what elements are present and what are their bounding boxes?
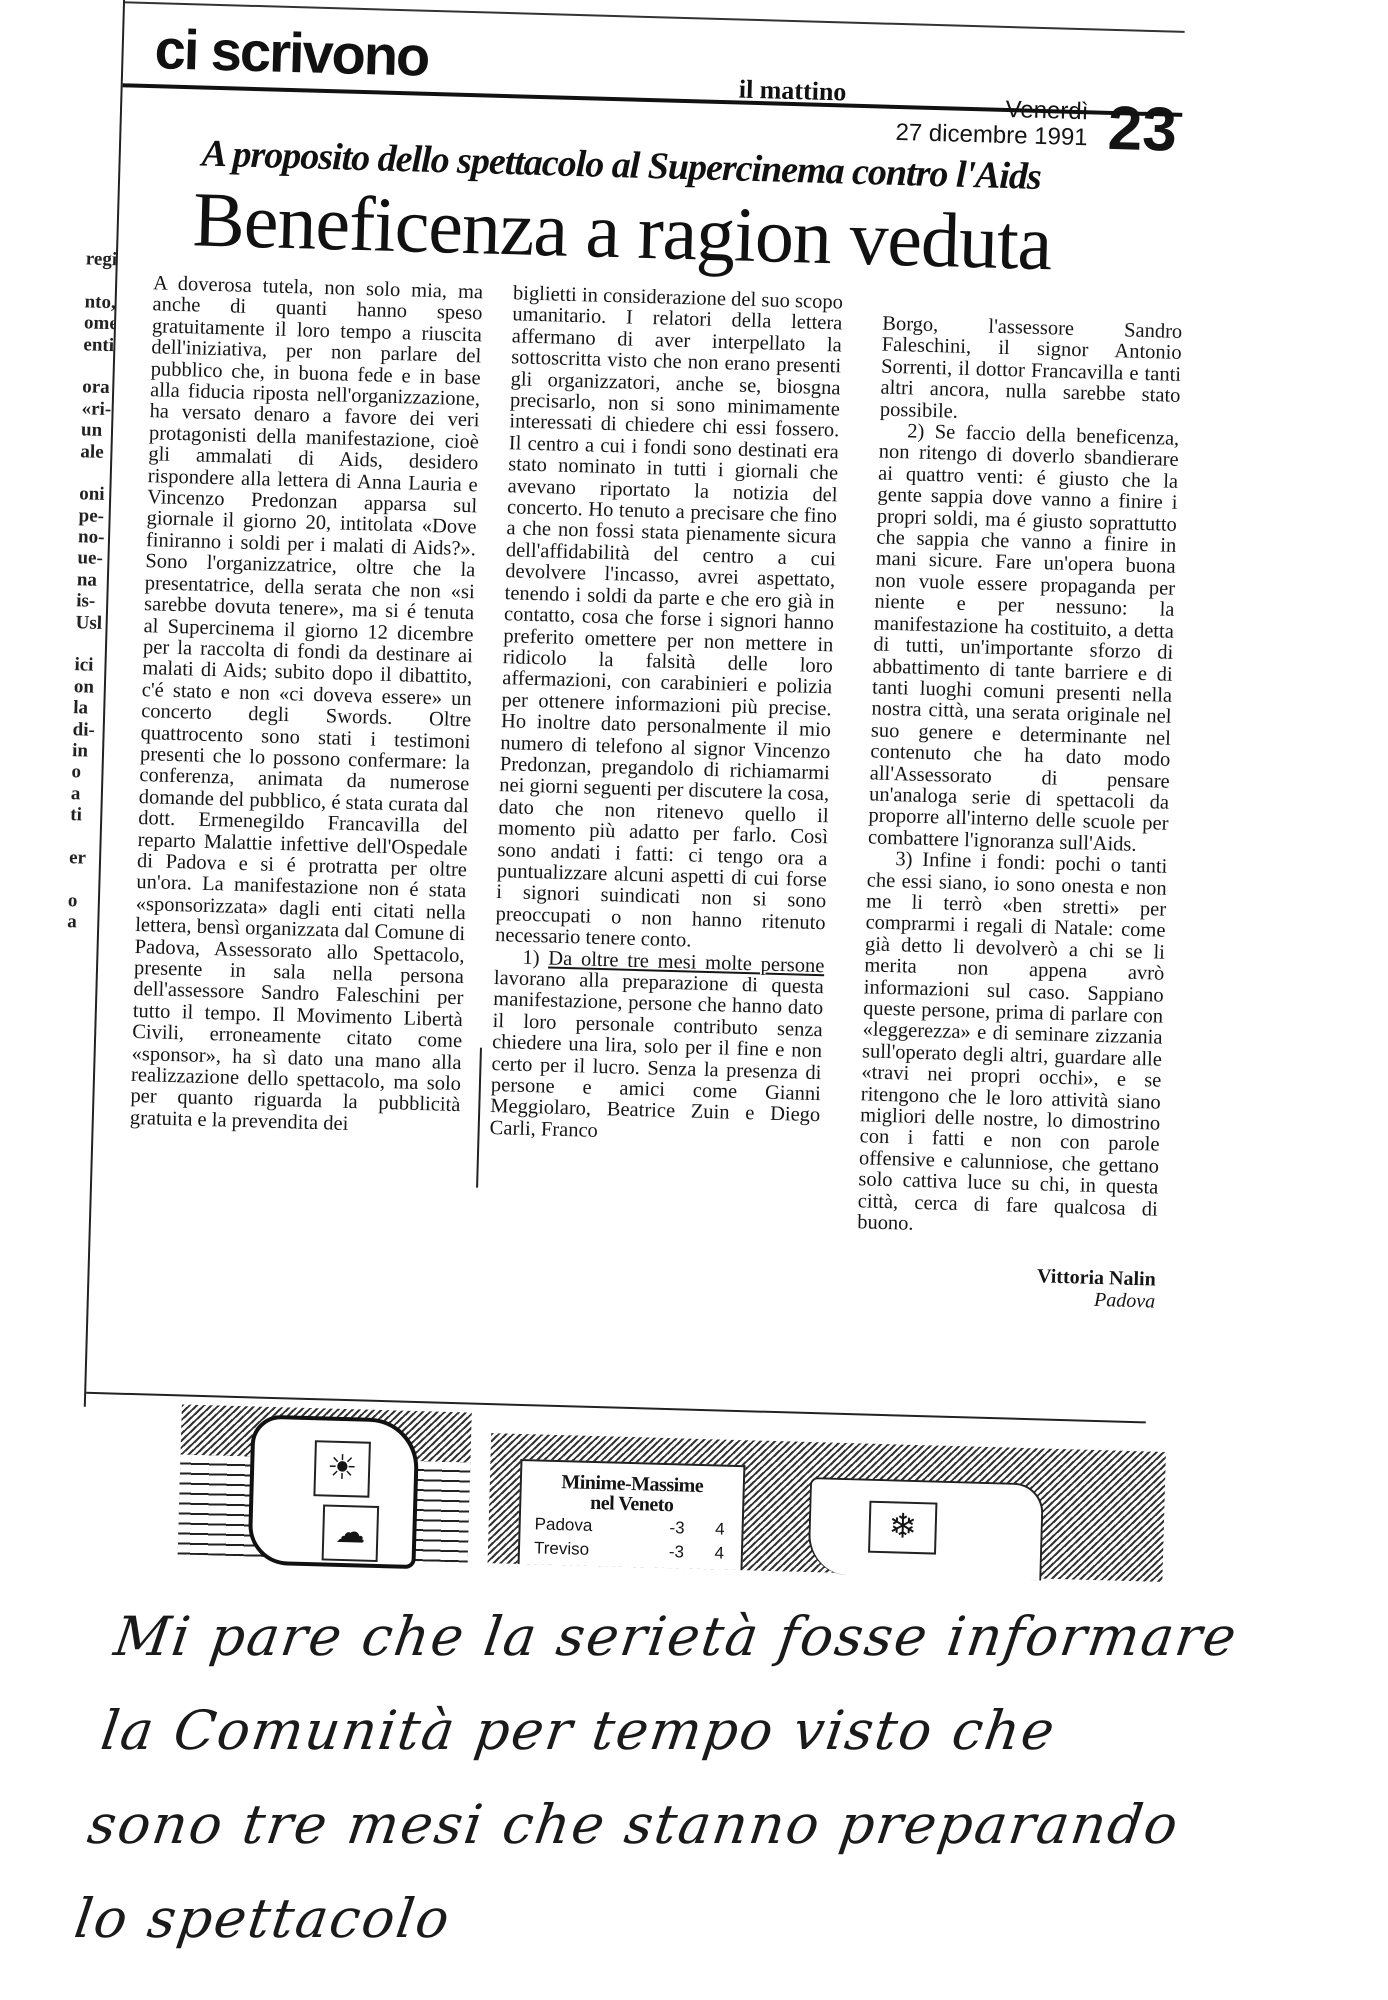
column-fragment: no- xyxy=(78,526,109,548)
column-fragment: pe- xyxy=(78,505,109,527)
point-1-prefix: 1) xyxy=(522,946,548,969)
column-fragment xyxy=(75,633,106,655)
column-fragment: o xyxy=(71,762,102,784)
article-headline: Beneficenza a ragion veduta xyxy=(192,179,1053,283)
city-name: Padova xyxy=(534,1513,645,1538)
handwritten-margin-mark xyxy=(476,1048,482,1188)
column-3-paragraph: Borgo, l'assessore Sandro Faleschini, il… xyxy=(880,314,1183,429)
column-fragment: nto, xyxy=(84,291,115,313)
article-column-1: A doverosa tutela, non solo mia, ma anch… xyxy=(130,273,484,1138)
article-column-2: biglietti in considerazione del suo scop… xyxy=(489,283,843,1148)
handwritten-note: Mi pare che la serietà fosse informare l… xyxy=(69,1590,1372,1966)
adjacent-column-fragments: regi-nto,omeentiora«ri-unaleonipe-no-ue-… xyxy=(67,248,116,933)
column-fragment: na xyxy=(77,569,108,591)
newspaper-clipping: ci scrivono il mattino Venerdì 27 dicemb… xyxy=(58,0,1201,1587)
scanned-page: ci scrivono il mattino Venerdì 27 dicemb… xyxy=(0,0,1388,2000)
column-fragment xyxy=(69,826,100,848)
page-number: 23 xyxy=(1107,99,1178,161)
table-row: Treviso -3 4 xyxy=(534,1537,728,1564)
column-fragment: ora xyxy=(82,377,113,399)
date-label: 27 dicembre 1991 xyxy=(877,119,1088,151)
column-fragment: Usl xyxy=(75,612,106,634)
sun-cloud-icon: ☀ xyxy=(313,1440,371,1498)
snowflake-icon: ❄ xyxy=(868,1501,937,1555)
column-fragment: regi- xyxy=(86,248,117,270)
min-max-temperature-table: Minime-Massime nel Veneto Padova -3 4 Tr… xyxy=(518,1459,746,1570)
column-fragment: ue- xyxy=(77,548,108,570)
min-temp: -3 xyxy=(644,1516,685,1539)
column-fragment: a xyxy=(71,783,102,805)
column-fragment: on xyxy=(74,676,105,698)
city-name: Treviso xyxy=(534,1537,645,1562)
column-fragment: oni xyxy=(79,484,110,506)
column-fragment: un xyxy=(81,419,112,441)
column-fragment: la xyxy=(73,697,104,719)
column-fragment xyxy=(83,355,114,377)
column-fragment: ale xyxy=(80,441,111,463)
point-2-paragraph: 2) Se faccio della beneficenza, non rite… xyxy=(868,421,1180,857)
column-fragment: a xyxy=(67,911,98,933)
dateline: Venerdì 27 dicembre 1991 xyxy=(877,93,1088,151)
column-fragment: ti xyxy=(70,804,101,826)
column-fragment: «ri- xyxy=(81,398,112,420)
column-2-paragraph: biglietti in considerazione del suo scop… xyxy=(495,283,843,956)
column-fragment xyxy=(68,868,99,890)
max-temp: 4 xyxy=(684,1518,725,1541)
column-fragment: di- xyxy=(72,719,103,741)
column-fragment: enti xyxy=(83,334,114,356)
column-fragment: in xyxy=(72,740,103,762)
column-fragment: o xyxy=(68,890,99,912)
min-temp: -3 xyxy=(644,1540,685,1563)
point-1-text: lavorano alla preparazione di questa man… xyxy=(489,967,824,1142)
weather-map-landmass: ☀ ☁ xyxy=(247,1414,419,1569)
max-temp: 4 xyxy=(684,1542,725,1565)
column-fragment xyxy=(80,462,111,484)
column-1-paragraph: A doverosa tutela, non solo mia, ma anch… xyxy=(130,273,484,1138)
column-fragment: is- xyxy=(76,590,107,612)
column-fragment: ome xyxy=(84,312,115,334)
handwritten-line: lo spettacolo xyxy=(69,1872,1332,1966)
veneto-region-map: ❄ xyxy=(807,1477,1044,1580)
column-fragment: er xyxy=(69,847,100,869)
table-row: Padova -3 4 xyxy=(534,1513,728,1540)
point-3-paragraph: 3) Infine i fondi: pochi o tanti che ess… xyxy=(857,849,1168,1243)
cloud-sun-icon: ☁ xyxy=(322,1504,380,1562)
point-1-paragraph: 1) Da oltre tre mesi molte persone lavor… xyxy=(489,947,824,1149)
weather-box: ☀ ☁ Minime-Massime nel Veneto Padova -3 … xyxy=(178,1404,1167,1581)
article-column-3: Borgo, l'assessore Sandro Faleschini, il… xyxy=(855,314,1183,1313)
handwritten-line: Mi pare che la serietà fosse informare xyxy=(108,1590,1371,1684)
section-title: ci scrivono xyxy=(154,16,429,89)
handwritten-line: la Comunità per tempo visto che xyxy=(95,1684,1358,1778)
column-fragment: ici xyxy=(74,655,105,677)
column-fragment xyxy=(85,270,116,292)
handwritten-line: sono tre mesi che stanno preparando xyxy=(82,1778,1345,1872)
